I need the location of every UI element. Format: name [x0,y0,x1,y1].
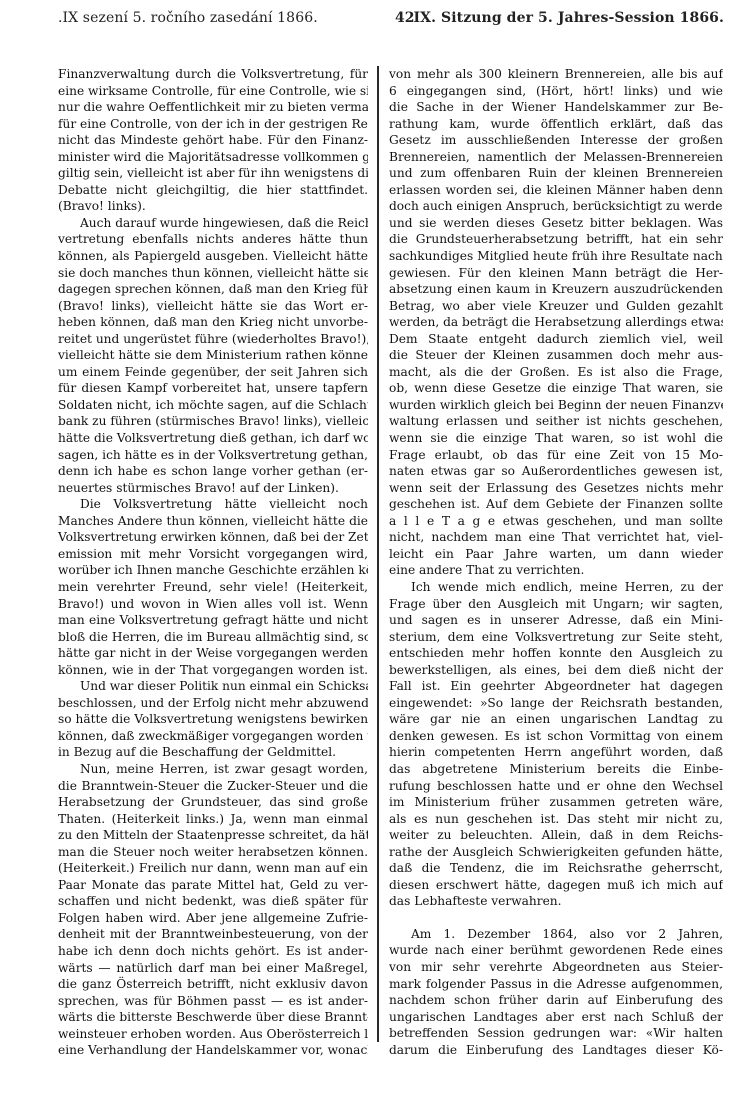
text-line: sie doch manches thun können, vielleicht… [58,265,368,282]
text-line: gewiesen. Für den kleinen Mann beträgt d… [389,265,723,282]
text-line: sagen, ich hätte es in der Volksvertretu… [58,447,368,464]
text-line: können, daß zweckmäßiger vorgegangen wor… [58,728,368,745]
text-line: denheit mit der Branntweinbesteuerung, v… [58,926,368,943]
text-line: vielleicht hätte sie dem Ministerium rat… [58,347,368,364]
text-line: (Bravo! links), vielleicht hätte sie das… [58,298,368,315]
text-line: leicht ein Paar Jahre warten, um dann wi… [389,546,723,563]
text-line: 6 eingegangen sind, (Hört, hört! links) … [389,83,723,100]
text-line: das Lebhafteste verwahren. [389,893,723,910]
text-line: minister wird die Majoritätsadresse voll… [58,149,368,166]
text-line: hierin competenten Herrn angeführt worde… [389,744,723,761]
text-line: und sie werden dieses Gesetz bitter bekl… [389,215,723,232]
text-line: von mehr als 300 kleinern Brennereien, a… [389,66,723,83]
text-line: darum die Einberufung des Landtages dies… [389,1042,723,1059]
text-line: naten etwas gar so Außerordentliches gew… [389,463,723,480]
text-line: eingewendet: »So lange der Reichsrath be… [389,695,723,712]
text-line: beschlossen, und der Erfolg nicht mehr a… [58,695,368,712]
text-line: man die Steuer noch weiter herabsetzen k… [58,844,368,861]
text-line: das abgetretene Ministerium bereits die … [389,761,723,778]
text-line: denken gewesen. Es ist schon Vormittag v… [389,728,723,745]
text-line: für eine Controlle, von der ich in der g… [58,116,368,133]
text-line: reitet und ungerüstet führe (wiederholte… [58,331,368,348]
text-line: worüber ich Ihnen manche Geschichte erzä… [58,562,368,579]
text-line: sterium, dem eine Volksvertretung zur Se… [389,629,723,646]
text-line: im Ministerium früher zusammen getreten … [389,794,723,811]
text-line: von mir sehr verehrte Abgeordneten aus S… [389,959,723,976]
text-line: Die Volksvertretung hätte vielleicht noc… [58,496,368,513]
text-line: die Branntwein-Steuer die Zucker-Steuer … [58,778,368,795]
text-line: wenn seit der Erlassung des Gesetzes nic… [389,480,723,497]
text-line: Dem Staate entgeht dadurch ziemlich viel… [389,331,723,348]
text-line: Finanzverwaltung durch die Volksvertretu… [58,66,368,83]
text-line: wurde nach einer berühmt gewordenen Rede… [389,942,723,959]
text-line: die ganz Österreich betrifft, nicht exkl… [58,976,368,993]
text-line: schaffen und nicht bedenkt, was dieß spä… [58,893,368,910]
text-line: wärts — natürlich darf man bei einer Maß… [58,960,368,977]
text-line: betreffenden Session gedrungen war: «Wir… [389,1025,723,1042]
text-line: können, wie in der That vorgegangen word… [58,662,368,679]
text-line: nicht das Mindeste gehört habe. Für den … [58,132,368,149]
text-line: Betrag, wo aber viele Kreuzer und Gulden… [389,298,723,315]
text-line: eine andere That zu verrichten. [389,562,723,579]
text-line: denn ich habe es schon lange vorher geth… [58,463,368,480]
text-line: mark folgender Passus in die Adresse auf… [389,976,723,993]
text-line: (Heiterkeit.) Freilich nur dann, wenn ma… [58,860,368,877]
text-line: bank zu führen (stürmisches Bravo! links… [58,413,368,430]
left-column: Finanzverwaltung durch die Volksvertretu… [58,66,368,1059]
text-line: und zum offenbaren Ruin der kleinen Bren… [389,165,723,182]
text-line: nachdem schon früher darin auf Einberufu… [389,992,723,1009]
text-line: Folgen haben wird. Aber jene allgemeine … [58,910,368,927]
text-line: rathe der Ausgleich Schwierigkeiten gefu… [389,844,723,861]
text-line: weinsteuer erhoben worden. Aus Oberöster… [58,1026,368,1043]
text-line: in Bezug auf die Beschaffung der Geldmit… [58,744,368,761]
text-line: sachkundiges Mitglied heute früh ihre Re… [389,248,723,265]
text-line: hätte die Volksvertretung dieß gethan, i… [58,430,368,447]
text-line: diesen erschwert hätte, dagegen muß ich … [389,877,723,894]
text-line: ob, wenn diese Gesetze die einzige That … [389,380,723,397]
page-header: .IX sezení 5. ročního zasedání 1866. 42 … [58,8,724,28]
text-line: doch auch einigen Anspruch, berücksichti… [389,198,723,215]
text-line: ungarischen Landtages aber erst nach Sch… [389,1009,723,1026]
text-line: Am 1. Dezember 1864, also vor 2 Jahren, [389,926,723,943]
text-line: vertretung ebenfalls nichts anderes hätt… [58,231,368,248]
text-line: Nun, meine Herren, ist zwar gesagt worde… [58,761,368,778]
header-german-title: IX. Sitzung der 5. Jahres-Session 1866. [413,8,724,28]
text-line: mein verehrter Freund, sehr viele! (Heit… [58,579,368,596]
text-line: so hätte die Volksvertretung wenigstens … [58,711,368,728]
text-line: bewerkstelligen, als eines, bei dem dieß… [389,662,723,679]
text-line: nur die wahre Oeffentlichkeit mir zu bie… [58,99,368,116]
text-line: hätte gar nicht in der Weise vorgegangen… [58,645,368,662]
text-line: Ich wende mich endlich, meine Herren, zu… [389,579,723,596]
text-line: wäre gar nie an einen ungarischen Landta… [389,711,723,728]
text-line: man eine Volksvertretung gefragt hätte u… [58,612,368,629]
header-czech-title: .IX sezení 5. ročního zasedání 1866. [58,8,318,28]
text-line: (Bravo! links). [58,198,368,215]
text-line: erlassen worden sei, die kleinen Männer … [389,182,723,199]
text-line: a l l e T a g e etwas geschehen, und man… [389,513,723,530]
text-line: Soldaten nicht, ich möchte sagen, auf di… [58,397,368,414]
text-line: als es nun geschehen ist. Das steht mir … [389,811,723,828]
page-number: 42 [395,8,414,28]
text-line: zu den Mitteln der Staatenpresse schreit… [58,827,368,844]
text-line: werden, da beträgt die Herabsetzung alle… [389,314,723,331]
text-line: entschieden mehr hoffen konnte den Ausgl… [389,645,723,662]
text-line: nicht, nachdem man eine That verrichtet … [389,529,723,546]
text-line: und sagen es in unserer Adresse, daß ein… [389,612,723,629]
text-line: waltung erlassen und seither ist nichts … [389,413,723,430]
text-line: die Steuer der Kleinen zusammen doch meh… [389,347,723,364]
text-line: Frage über den Ausgleich mit Ungarn; wir… [389,596,723,613]
text-line: rufung beschlossen hatte und er ohne den… [389,778,723,795]
text-line: für diesen Kampf vorbereitet hat, unsere… [58,380,368,397]
text-line: absetzung einen kaum in Kreuzern auszudr… [389,281,723,298]
text-line: die Sache in der Wiener Handelskammer zu… [389,99,723,116]
text-line: macht, als die der Großen. Es ist also d… [389,364,723,381]
text-line: wärts die bitterste Beschwerde über dies… [58,1009,368,1026]
text-line: eine Verhandlung der Handelskammer vor, … [58,1042,368,1059]
text-line: sprechen, was für Böhmen passt — es ist … [58,993,368,1010]
text-line: rathung kam, wurde öffentlich erklärt, d… [389,116,723,133]
text-line: giltig sein, vielleicht ist aber für ihn… [58,165,368,182]
text-line: neuertes stürmisches Bravo! auf der Link… [58,480,368,497]
text-line: Fall ist. Ein geehrter Abgeordneter hat … [389,678,723,695]
text-line: Debatte nicht gleichgiltig, die hier sta… [58,182,368,199]
text-line: die Grundsteuerherabsetzung betrifft, ha… [389,231,723,248]
text-line: Auch darauf wurde hingewiesen, daß die R… [58,215,368,232]
text-line: dagegen sprechen können, daß man den Kri… [58,281,368,298]
text-line: um einem Feinde gegenüber, der seit Jahr… [58,364,368,381]
text-line: können, als Papiergeld ausgeben. Viellei… [58,248,368,265]
text-line: Herabsetzung der Grundsteuer, das sind g… [58,794,368,811]
text-line: Und war dieser Politik nun einmal ein Sc… [58,678,368,695]
text-line: Volksvertretung erwirken können, daß bei… [58,529,368,546]
column-divider [377,66,379,1042]
text-line: habe ich denn doch nichts gehört. Es ist… [58,943,368,960]
text-line: emission mit mehr Vorsicht vorgegangen w… [58,546,368,563]
text-line: eine wirksame Controlle, für eine Contro… [58,83,368,100]
text-line: wenn sie die einzige That waren, so ist … [389,430,723,447]
text-line: Paar Monate das parate Mittel hat, Geld … [58,877,368,894]
text-line: heben können, daß man den Krieg nicht un… [58,314,368,331]
text-line: Manches Andere thun können, vielleicht h… [58,513,368,530]
text-line: Bravo!) und wovon in Wien alles voll ist… [58,596,368,613]
text-line: Frage erlaubt, ob das für eine Zeit von … [389,447,723,464]
text-line: daß die Tendenz, die im Reichsrathe gehe… [389,860,723,877]
text-line: Gesetz im ausschließenden Interesse der … [389,132,723,149]
right-column: von mehr als 300 kleinern Brennereien, a… [389,66,723,1058]
text-line: bloß die Herren, die im Bureau allmächti… [58,629,368,646]
text-line: geschehen ist. Auf dem Gebiete der Finan… [389,496,723,513]
text-line: Thaten. (Heiterkeit links.) Ja, wenn man… [58,811,368,828]
text-line: wurden wirklich gleich bei Beginn der ne… [389,397,723,414]
text-line: Brennereien, namentlich der Melassen-Bre… [389,149,723,166]
text-line: weiter zu beleuchten. Allein, daß in dem… [389,827,723,844]
